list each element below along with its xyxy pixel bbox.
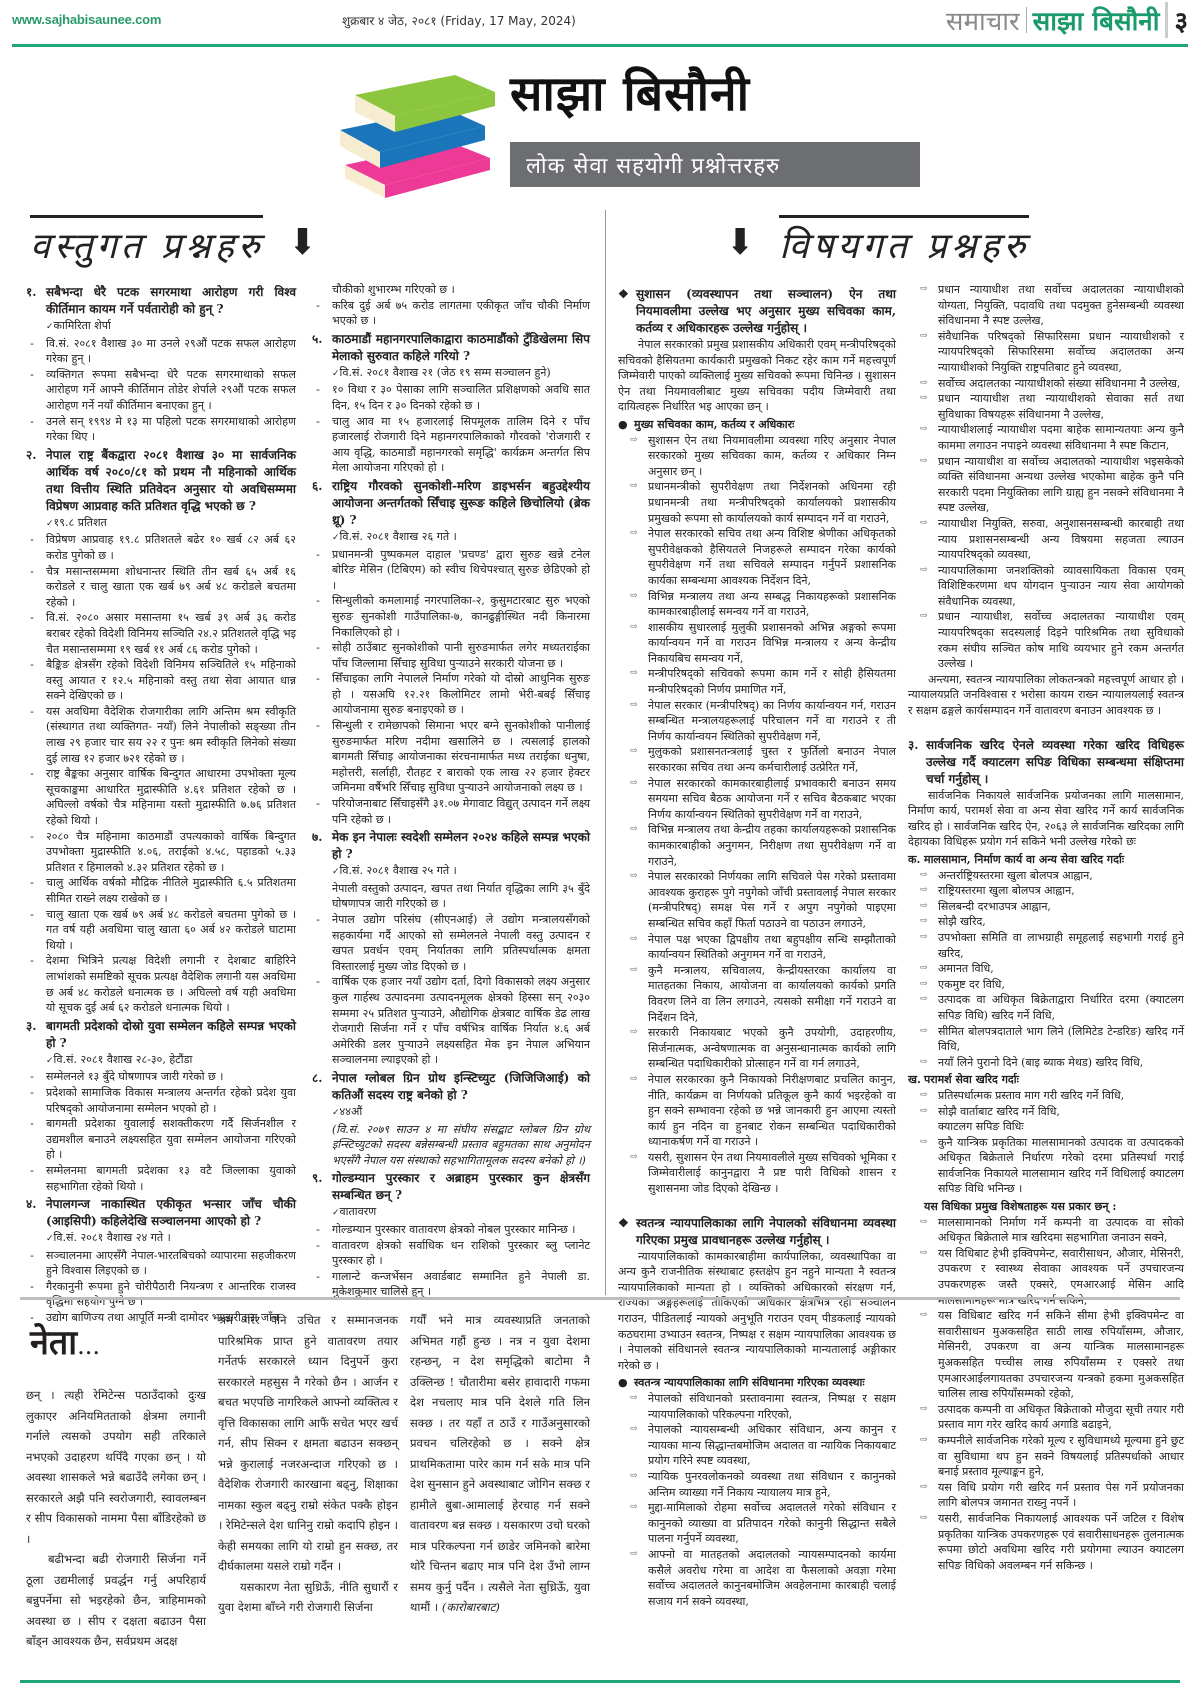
section-category: समाचार <box>946 2 1020 38</box>
dateline: शुक्रबार ४ जेठ, २०८१ (Friday, 17 May, 20… <box>342 12 576 29</box>
arrow-bullet-icon: ⇨ <box>920 992 932 1023</box>
text-line: चौकीको शुभारम्भ गरिएको छ । <box>312 282 590 298</box>
dot-bullet-icon: ● <box>618 417 628 433</box>
arrow-bullet-icon: ⇨ <box>920 1480 932 1511</box>
dash-bullet-icon: - <box>26 657 38 704</box>
point-text: यस अवधिमा वैदेशिक रोजगारीका लागि अन्तिम … <box>46 704 296 766</box>
answer: वि.सं. २०८१ वैशाख २४ गते । <box>26 1230 296 1248</box>
dash-bullet-icon: - <box>312 640 324 671</box>
arrow-point: ⇨नेपाल सरकार (मन्त्रीपरिषद्) का निर्णय क… <box>618 698 896 745</box>
arrow-bullet-icon: ⇨ <box>920 930 932 961</box>
point-text: एकमुष्ट दर विधि, <box>938 977 1005 993</box>
point-text: उपभोक्ता समिति वा लाभग्राही समूहलाई सहभा… <box>938 930 1184 961</box>
arrow-point: ⇨सरकारी निकायबाट भएको कुनै उपयोगी, उदाहर… <box>618 1025 896 1072</box>
subheading-label: क. <box>908 852 918 868</box>
text-line: नेपाली वस्तुको उत्पादन, खपत तथा निर्यात … <box>312 881 590 912</box>
arrow-point: ⇨यसरी, सार्वजनिक निकायलाई आवश्यक पर्ने ज… <box>908 1511 1184 1573</box>
point-text: करिब दुई अर्ब ७५ करोड लागतमा एकीकृत जाँच… <box>332 298 590 329</box>
objective-heading: वस्तुगत प्रश्नहरु ⬇ <box>30 215 318 269</box>
article-paragraph: छन् । त्यही रेमिटेन्स पठाउँदाको दुःख लुक… <box>26 1385 206 1549</box>
bullet-point: -गैरकानुनी रूपमा हुने चोरीपैठारी नियन्त्… <box>26 1279 296 1310</box>
arrow-point: ⇨न्यायिक पुनरवलोकनको व्यवस्था तथा संविधा… <box>618 1469 896 1500</box>
bullet-point: -वातावरण क्षेत्रको सर्वाधिक धन राशिको पु… <box>312 1238 590 1269</box>
bullet-point: -सम्मेलनले १३ बुँदे घोषणापत्र जारी गरेको… <box>26 1069 296 1085</box>
arrow-point: ⇨प्रधानमन्त्रीको सुपरीवेक्षण तथा निर्देश… <box>618 479 896 526</box>
point-text: सोही ठाउँबाट सुनकोशीको पानी सुरुङमार्फत … <box>332 640 590 671</box>
dash-bullet-icon: - <box>312 1222 324 1238</box>
arrow-bullet-icon: ⇨ <box>630 1469 642 1500</box>
subheading: ख.परामर्श सेवा खरिद गर्दाः <box>908 1072 1184 1088</box>
subheading: ●मुख्य सचिवका काम, कर्तव्य र अधिकारः <box>618 417 896 433</box>
point-text: परियोजनाबाट सिँचाइसँगै ३१.०७ मेगावाट विद… <box>332 796 590 827</box>
arrow-bullet-icon: ⇨ <box>630 963 642 1025</box>
arrow-bullet-icon: ⇨ <box>920 1055 932 1071</box>
arrow-bullet-icon: ⇨ <box>630 698 642 745</box>
dash-bullet-icon: - <box>26 564 38 611</box>
arrow-point: ⇨अन्तर्राष्ट्रियस्तरमा खुला बोलपत्र आह्व… <box>908 868 1184 884</box>
answer: कामिरिता शेर्पा <box>26 318 296 336</box>
point-text: शासकीय सुधारलाई मुलुकी प्रशासनको अभिन्न … <box>648 620 896 667</box>
arrow-bullet-icon: ⇨ <box>630 1422 642 1469</box>
diamond-bullet-icon: ❖ <box>618 1215 630 1249</box>
arrow-bullet-icon: ⇨ <box>920 1433 932 1480</box>
site-url-link[interactable]: www.sajhabisaunee.com <box>12 12 161 27</box>
subjective-question: ३.सार्वजनिक खरिद ऐनले व्यवस्था गरेका खरि… <box>908 737 1184 788</box>
arrow-bullet-icon: ⇨ <box>630 822 642 869</box>
question-number: २. <box>26 447 40 515</box>
point-text: यसरी, सुशासन ऐन तथा नियमावलीले मुख्य सचि… <box>648 1150 896 1197</box>
point-text: नेपाल सरकारको कामकारबाहीलाई प्रभावकारी ब… <box>648 776 896 823</box>
arrow-bullet-icon: ⇨ <box>920 609 932 671</box>
paragraph: नेपाल सरकारको प्रमुख प्रशासकीय अधिकारी ए… <box>618 337 896 415</box>
arrow-point: ⇨मालसामानको निर्माण गर्ने कम्पनी वा उत्प… <box>908 1215 1184 1246</box>
arrow-bullet-icon: ⇨ <box>630 526 642 588</box>
bullet-point: -१० विधा र ३० पेसाका लागि सञ्चालित प्रशि… <box>312 382 590 413</box>
subheading-text: क्याटलग सपिङ विधिः <box>908 1119 1184 1135</box>
arrow-point: ⇨कुनै यान्त्रिक प्रकृतिका मालसामानको उत्… <box>908 1135 1184 1197</box>
question: ५.काठमाडौं महानगरपालिकाद्वारा काठमाडौंको… <box>312 331 590 365</box>
point-text: देशमा भित्रिने प्रत्यक्ष विदेशी लगानी र … <box>46 953 296 1015</box>
dash-bullet-icon: - <box>312 382 324 413</box>
bullet-point: -२०८० चैत्र महिनामा काठमाडौं उपत्यकाको व… <box>26 829 296 876</box>
footer-rule <box>20 1680 1180 1683</box>
arrow-point: ⇨सोझै खरिद, <box>908 914 1184 930</box>
question-text: स्वतन्त्र न्यायपालिकाका लागि नेपालको संव… <box>636 1215 896 1249</box>
point-text: बैङ्किङ क्षेत्रसँग रहेको विदेशी विनिमय स… <box>46 657 296 704</box>
dash-bullet-icon: - <box>26 907 38 954</box>
dash-bullet-icon: - <box>312 912 324 974</box>
arrow-point: ⇨अमानत विधि, <box>908 961 1184 977</box>
question: ६.राष्ट्रिय गौरवको सुनकोशी-मरिण डाइभर्सन… <box>312 478 590 529</box>
bullet-point: -व्यक्तिगत रूपमा सबैभन्दा धेरै पटक सगरमा… <box>26 367 296 414</box>
article-paragraph: यसकारण नेता सुध्रिऊँ, नीति सुधारौं र युव… <box>218 1577 398 1618</box>
point-text: नेपाल उद्योग परिसंघ (सीएनआई) ले उद्योग म… <box>332 912 590 974</box>
objective-heading-text: वस्तुगत प्रश्नहरु <box>30 215 263 269</box>
subheading-text: यस विधिका प्रमुख विशेषताहरू यस प्रकार छन… <box>924 1199 1116 1215</box>
point-text: चैत्र मसान्तसम्ममा शोधनान्तर स्थिति तीन … <box>46 564 296 611</box>
arrow-bullet-icon: ⇨ <box>630 1150 642 1197</box>
point-text: राष्ट्र बैङ्कका अनुसार वार्षिक बिन्दुगत … <box>46 766 296 828</box>
bullet-point: -चालु आव मा १५ हजारलाई सिपमूलक तालिम दिन… <box>312 414 590 476</box>
bullet-point: -चालु खाता एक खर्ब ७९ अर्ब ४८ करोडले बचत… <box>26 907 296 954</box>
dash-bullet-icon: - <box>26 1085 38 1116</box>
question: १.सबैभन्दा धेरै पटक सगरमाथा आरोहण गरी वि… <box>26 284 296 318</box>
arrow-bullet-icon: ⇨ <box>630 1391 642 1422</box>
dash-bullet-icon: - <box>26 1248 38 1279</box>
arrow-bullet-icon: ⇨ <box>920 883 932 899</box>
arrow-point: ⇨उत्पादक वा अधिकृत बिक्रेताद्वारा निर्धा… <box>908 992 1184 1023</box>
bullet-point: -नेपाल उद्योग परिसंघ (सीएनआई) ले उद्योग … <box>312 912 590 974</box>
arrow-point: ⇨नेपाल सरकारको कामकारबाहीलाई प्रभावकारी … <box>618 776 896 823</box>
page-number: ३ <box>1165 2 1188 38</box>
question: ९.गोल्डम्यान पुरस्कार र अब्राहम पुरस्कार… <box>312 1170 590 1204</box>
point-text: वि.सं. २०८० असार मसान्तमा १५ खर्ब ३९ अर्… <box>46 610 296 657</box>
arrow-point: ⇨मुलुकको प्रशासनतन्त्रलाई चुस्त र फुर्ति… <box>618 744 896 775</box>
answer: १९.८ प्रतिशत <box>26 515 296 533</box>
arrow-bullet-icon: ⇨ <box>630 1500 642 1547</box>
point-text: वि.सं. २०८१ वैशाख ३० मा उनले २९औं पटक सफ… <box>46 336 296 367</box>
point-text: विभिन्न मन्त्रालय तथा अन्य सम्बद्ध निकाय… <box>648 589 896 620</box>
dash-bullet-icon: - <box>26 336 38 367</box>
point-text: चालु आव मा १५ हजारलाई सिपमूलक तालिम दिने… <box>332 414 590 476</box>
point-text: नेपाल सरकारको सचिव तथा अन्य विशिष्ट श्रे… <box>648 526 896 588</box>
bullet-point: -सम्मेलनमा बागमती प्रदेशका १३ वटै जिल्ला… <box>26 1163 296 1194</box>
masthead-title: साझा बिसौनी <box>510 60 750 125</box>
arrow-point: ⇨नेपाल पक्ष भएका द्विपक्षीय तथा बहुपक्षी… <box>618 932 896 963</box>
spacer <box>618 1197 896 1211</box>
dash-bullet-icon: - <box>312 671 324 718</box>
point-text: सम्मेलनले १३ बुँदे घोषणापत्र जारी गरेको … <box>46 1069 223 1085</box>
bullet-point: -चालु आर्थिक वर्षको मौद्रिक नीतिले मुद्र… <box>26 875 296 906</box>
paragraph: न्यायपालिकाको कामकारबाहीमा कार्यपालिका, … <box>618 1249 896 1374</box>
question-text: नेपाल राष्ट्र बैंकद्वारा २०८१ वैशाख ३० म… <box>46 447 296 515</box>
arrow-bullet-icon: ⇨ <box>920 1215 932 1246</box>
arrow-point: ⇨यसरी, सुशासन ऐन तथा नियमावलीले मुख्य सच… <box>618 1150 896 1197</box>
dash-bullet-icon: - <box>26 704 38 766</box>
point-text: प्रधानमन्त्री पुष्पकमल दाहाल 'प्रचण्ड' द… <box>332 547 590 594</box>
point-text: सिलबन्दी दरभाउपत्र आह्वान, <box>938 899 1051 915</box>
dash-bullet-icon: - <box>312 974 324 1068</box>
arrow-bullet-icon: ⇨ <box>920 1135 932 1197</box>
point-text: न्यायिक पुनरवलोकनको व्यवस्था तथा संविधान… <box>648 1469 896 1500</box>
arrow-bullet-icon: ⇨ <box>920 899 932 915</box>
subheading-text: परामर्श सेवा खरिद गर्दाः <box>924 1072 1019 1088</box>
dash-bullet-icon: - <box>26 1069 38 1085</box>
point-text: प्रधानमन्त्रीको सुपरीवेक्षण तथा निर्देशन… <box>648 479 896 526</box>
subjective-question: ❖स्वतन्त्र न्यायपालिकाका लागि नेपालको सं… <box>618 1215 896 1249</box>
arrow-point: ⇨नेपालको न्यायसम्बन्धी अधिकार संविधान, अ… <box>618 1422 896 1469</box>
point-text: नेपाल पक्ष भएका द्विपक्षीय तथा बहुपक्षीय… <box>648 932 896 963</box>
point-text: न्यायपालिकामा जनशक्तिको व्यावसायिकता विक… <box>938 563 1184 610</box>
bullet-point: -प्रधानमन्त्री पुष्पकमल दाहाल 'प्रचण्ड' … <box>312 547 590 594</box>
arrow-point: ⇨प्रतिस्पर्धात्मक प्रस्ताव माग गरी खरिद … <box>908 1088 1184 1104</box>
point-text: सञ्चालनमा आएसँगै नेपाल-भारतबिचको व्यापार… <box>46 1248 296 1279</box>
point-text: चालु आर्थिक वर्षको मौद्रिक नीतिले मुद्रा… <box>46 875 296 906</box>
point-text: मुलुकको प्रशासनतन्त्रलाई चुस्त र फुर्तिल… <box>648 744 896 775</box>
question-text: सार्वजनिक खरिद ऐनले व्यवस्था गरेका खरिद … <box>926 737 1184 788</box>
dash-bullet-icon: - <box>26 953 38 1015</box>
answer: वि.सं. २०८१ वैशाख २८-३०, हेटौंडा <box>26 1052 296 1070</box>
dash-bullet-icon: - <box>26 1116 38 1163</box>
subjective-column-1: ❖सुशासन (व्यवस्थापन तथा सञ्चालन) ऐन तथा … <box>618 282 896 1609</box>
point-text: चालु खाता एक खर्ब ७९ अर्ब ४८ करोडले बचतम… <box>46 907 296 954</box>
arrow-bullet-icon: ⇨ <box>630 1025 642 1072</box>
dash-bullet-icon: - <box>26 1163 38 1194</box>
bullet-point: -प्रदेशको सामाजिक विकास मन्त्रालय अन्तर्… <box>26 1085 296 1116</box>
question-text: राष्ट्रिय गौरवको सुनकोशी-मरिण डाइभर्सन ब… <box>332 478 590 529</box>
dash-bullet-icon: - <box>26 414 38 445</box>
note-text: (वि.सं. २०७९ साउन ४ मा संघीय संसद्बाट ग्… <box>312 1122 590 1169</box>
bullet-point: -करिब दुई अर्ब ७५ करोड लागतमा एकीकृत जाँ… <box>312 298 590 329</box>
arrow-point: ⇨प्रधान न्यायाधीश वा सर्वोच्च अदालतको न्… <box>908 454 1184 516</box>
article-title-ellipsis: ... <box>77 1332 100 1360</box>
subheading-text: मुख्य सचिवका काम, कर्तव्य र अधिकारः <box>634 417 794 433</box>
arrow-point: ⇨नेपाल सरकारको निर्णयका लागि सचिवले पेस … <box>618 869 896 931</box>
masthead-subtitle: लोक सेवा सहयोगी प्रश्नोत्तरहरु <box>510 142 920 187</box>
point-text: अन्तर्राष्ट्रियस्तरमा खुला बोलपत्र आह्वा… <box>938 868 1093 884</box>
dash-bullet-icon: - <box>26 532 38 563</box>
question-text: मेक इन नेपालः स्वदेशी सम्मेलन २०२४ कहिले… <box>332 829 590 863</box>
point-text: सुशासन ऐन तथा नियमावलीमा व्यवस्था गरिए अ… <box>648 433 896 480</box>
arrow-bullet-icon: ⇨ <box>630 620 642 667</box>
bullet-point: -बागमती प्रदेशका युवालाई सशक्तीकरण गर्दै… <box>26 1116 296 1163</box>
page-header: www.sajhabisaunee.com शुक्रबार ४ जेठ, २०… <box>12 0 1188 40</box>
answer: वि.सं. २०८१ वैशाख २५ गते । <box>312 863 590 881</box>
arrow-point: ⇨यस विधि प्रयोग गरी खरिद गर्न प्रस्ताव प… <box>908 1480 1184 1511</box>
arrow-bullet-icon: ⇨ <box>630 869 642 931</box>
point-text: २०८० चैत्र महिनामा काठमाडौं उपत्यकाको वा… <box>46 829 296 876</box>
objective-column-2: चौकीको शुभारम्भ गरिएको छ ।-करिब दुई अर्ब… <box>312 282 590 1300</box>
divider <box>1026 7 1027 33</box>
point-text: बागमती प्रदेशका युवालाई सशक्तीकरण गर्दै … <box>46 1116 296 1163</box>
section-divider <box>20 1297 1180 1300</box>
point-text: गोल्डम्यान पुरस्कार वातावरण क्षेत्रको नो… <box>332 1222 575 1238</box>
arrow-bullet-icon: ⇨ <box>630 1547 642 1609</box>
bullet-point: -गालान्टे कन्जर्भेसन अवार्डबाट सम्मानित … <box>312 1269 590 1300</box>
arrow-point: ⇨प्रधान न्यायाधीश, सर्वोच्च अदालतका न्या… <box>908 609 1184 671</box>
dash-bullet-icon: - <box>312 547 324 594</box>
arrow-point: ⇨सीमित बोलपत्रदाताले भाग लिने (लिमिटेड ट… <box>908 1024 1184 1055</box>
question: २.नेपाल राष्ट्र बैंकद्वारा २०८१ वैशाख ३०… <box>26 447 296 515</box>
answer: ४४औं <box>312 1104 590 1122</box>
diamond-bullet-icon: ❖ <box>618 286 630 337</box>
bullet-point: -वार्षिक एक हजार नयाँ उद्योग दर्ता, दिगो… <box>312 974 590 1068</box>
dash-bullet-icon: - <box>312 796 324 827</box>
question-number: ६. <box>312 478 326 529</box>
answer: वातावरण <box>312 1204 590 1222</box>
column-divider <box>605 210 606 1295</box>
dash-bullet-icon: - <box>312 298 324 329</box>
bullet-point: -राष्ट्र बैङ्कका अनुसार वार्षिक बिन्दुगत… <box>26 766 296 828</box>
point-text: १० विधा र ३० पेसाका लागि सञ्चालित प्रशिक… <box>332 382 590 413</box>
dash-bullet-icon: - <box>26 766 38 828</box>
point-text: सिन्धुली र रामेछापको सिमाना भएर बग्ने सु… <box>332 718 590 796</box>
dash-bullet-icon: - <box>26 367 38 414</box>
question-number: ८. <box>312 1070 326 1104</box>
point-text: नेपाल सरकार (मन्त्रीपरिषद्) का निर्णय का… <box>648 698 896 745</box>
dash-bullet-icon: - <box>26 829 38 876</box>
article-source: (कारोबारबाट) <box>438 1600 500 1614</box>
question-number: ३. <box>26 1018 40 1052</box>
books-stack-icon <box>330 70 500 200</box>
dash-bullet-icon: - <box>312 414 324 476</box>
masthead: साझा बिसौनी लोक सेवा सहयोगी प्रश्नोत्तरह… <box>330 60 920 220</box>
bullet-point: -बैङ्किङ क्षेत्रसँग रहेको विदेशी विनिमय … <box>26 657 296 704</box>
arrow-bullet-icon: ⇨ <box>920 961 932 977</box>
arrow-point: ⇨न्यायाधीश नियुक्ति, सरुवा, अनुशासनसम्बन… <box>908 516 1184 563</box>
question-number: ९. <box>312 1170 326 1204</box>
arrow-bullet-icon: ⇨ <box>630 433 642 480</box>
point-text: प्रदेशको सामाजिक विकास मन्त्रालय अन्तर्ग… <box>46 1085 296 1116</box>
point-text: सरकारी निकायबाट भएको कुनै उपयोगी, उदाहरण… <box>648 1025 896 1072</box>
point-text: यस विधिबाट खरिद गर्न सकिने सीमा हेभी इक्… <box>938 1308 1184 1402</box>
arrow-point: ⇨सुशासन ऐन तथा नियमावलीमा व्यवस्था गरिए … <box>618 433 896 480</box>
point-text: मालसामानको निर्माण गर्ने कम्पनी वा उत्पा… <box>938 1215 1184 1246</box>
article-paragraph: श्रम गरेर पनि उचित र सम्मानजनक पारिश्रमि… <box>218 1310 398 1577</box>
arrow-point: ⇨विभिन्न मन्त्रालय तथा अन्य सम्बद्ध निका… <box>618 589 896 620</box>
subheading: क.मालसामान, निर्माण कार्य वा अन्य सेवा ख… <box>908 852 1184 868</box>
arrow-point: ⇨विभिन्न मन्त्रालय तथा केन्द्रीय तहका का… <box>618 822 896 869</box>
arrow-bullet-icon: ⇨ <box>920 422 932 453</box>
point-text: प्रधान न्यायाधीश तथा न्यायाधीशको सेवाका … <box>938 391 1184 422</box>
arrow-point: ⇨सिलबन्दी दरभाउपत्र आह्वान, <box>908 899 1184 915</box>
arrow-point: ⇨संवैधानिक परिषद्को सिफारिसमा प्रधान न्य… <box>908 329 1184 376</box>
arrow-point: ⇨सोझै वार्ताबाट खरिद गर्ने विधि, <box>908 1104 1184 1120</box>
arrow-point: ⇨नेपालको संविधानको प्रस्तावनामा स्वतन्त्… <box>618 1391 896 1422</box>
point-text: सोझै वार्ताबाट खरिद गर्ने विधि, <box>938 1104 1060 1120</box>
point-text: व्यक्तिगत रूपमा सबैभन्दा धेरै पटक सगरमाथ… <box>46 367 296 414</box>
point-text: नेपालको न्यायसम्बन्धी अधिकार संविधान, अन… <box>648 1422 896 1469</box>
point-text: सीमित बोलपत्रदाताले भाग लिने (लिमिटेड टे… <box>938 1024 1184 1055</box>
bullet-point: -गोल्डम्यान पुरस्कार वातावरण क्षेत्रको न… <box>312 1222 590 1238</box>
objective-column-1: १.सबैभन्दा धेरै पटक सगरमाथा आरोहण गरी वि… <box>26 282 296 1326</box>
question-text: काठमाडौं महानगरपालिकाद्वारा काठमाडौंको ट… <box>332 331 590 365</box>
bullet-point: -सिन्धुलीको कमलामाई नगरपालिका-२, कुसुमटा… <box>312 593 590 640</box>
arrow-bullet-icon: ⇨ <box>920 977 932 993</box>
question-number: ५. <box>312 331 326 365</box>
arrow-point: ⇨शासकीय सुधारलाई मुलुकी प्रशासनको अभिन्न… <box>618 620 896 667</box>
point-text: मन्त्रीपरिषद्को सचिवको रूपमा काम गर्ने र… <box>648 666 896 697</box>
arrow-bullet-icon: ⇨ <box>920 563 932 610</box>
arrow-bullet-icon: ⇨ <box>920 516 932 563</box>
arrow-bullet-icon: ⇨ <box>920 282 932 329</box>
point-text: मुद्दा-मामिलाको रोहमा सर्वोच्च अदालतले ग… <box>648 1500 896 1547</box>
arrow-bullet-icon: ⇨ <box>920 376 932 392</box>
bullet-point: -उनले सन् १९९४ मे १३ मा पहिलो पटक सगरमाथ… <box>26 414 296 445</box>
point-text: प्रतिस्पर्धात्मक प्रस्ताव माग गरी खरिद ग… <box>938 1088 1124 1104</box>
point-text: न्यायाधीश नियुक्ति, सरुवा, अनुशासनसम्बन्… <box>938 516 1184 563</box>
point-text: विभिन्न मन्त्रालय तथा केन्द्रीय तहका कार… <box>648 822 896 869</box>
dash-bullet-icon: - <box>312 718 324 796</box>
point-text: प्रधान न्यायाधीश वा सर्वोच्च अदालतको न्य… <box>938 454 1184 516</box>
subheading-label: ख. <box>908 1072 918 1088</box>
point-text: कुनै यान्त्रिक प्रकृतिका मालसामानको उत्प… <box>938 1135 1184 1197</box>
question: ३.बागमती प्रदेशको दोस्रो युवा सम्मेलन कह… <box>26 1018 296 1052</box>
point-text: यसरी, सार्वजनिक निकायलाई आवश्यक पर्ने जट… <box>938 1511 1184 1573</box>
arrow-point: ⇨एकमुष्ट दर विधि, <box>908 977 1184 993</box>
question-text: बागमती प्रदेशको दोस्रो युवा सम्मेलन कहिल… <box>46 1018 296 1052</box>
dash-bullet-icon: - <box>312 593 324 640</box>
bullet-point: -सिँचाइका लागि नेपालले निर्माण गरेको यो … <box>312 671 590 718</box>
arrow-point: ⇨आफ्नो वा मातहतको अदालतको न्यायसम्पादनको… <box>618 1547 896 1609</box>
question: ८.नेपाल ग्लोबल ग्रिन ग्रोथ इन्स्टिच्युट … <box>312 1070 590 1104</box>
bullet-point: -चैत्र मसान्तसम्ममा शोधनान्तर स्थिति तीन… <box>26 564 296 611</box>
question: ७.मेक इन नेपालः स्वदेशी सम्मेलन २०२४ कहि… <box>312 829 590 863</box>
point-text: गैरकानुनी रूपमा हुने चोरीपैठारी नियन्त्र… <box>46 1279 296 1310</box>
arrow-point: ⇨नयाँ लिने पुरानो दिने (बाइ ब्याक मेथड) … <box>908 1055 1184 1071</box>
question-number: १. <box>26 284 40 318</box>
arrow-bullet-icon: ⇨ <box>920 391 932 422</box>
bullet-point: -वि.सं. २०८० असार मसान्तमा १५ खर्ब ३९ अर… <box>26 610 296 657</box>
arrow-point: ⇨मुद्दा-मामिलाको रोहमा सर्वोच्च अदालतले … <box>618 1500 896 1547</box>
arrow-point: ⇨कुनै मन्त्रालय, सचिवालय, केन्द्रीयस्तरक… <box>618 963 896 1025</box>
subheading: यस विधिका प्रमुख विशेषताहरू यस प्रकार छन… <box>908 1199 1184 1215</box>
article-column-3: गर्यौं भने मात्र व्यवस्थाप्रति जनताको अभ… <box>410 1310 590 1618</box>
arrow-point: ⇨न्यायाधीशलाई न्यायाधीश पदमा बाहेक सामान… <box>908 422 1184 453</box>
arrow-point: ⇨मन्त्रीपरिषद्को सचिवको रूपमा काम गर्ने … <box>618 666 896 697</box>
point-text: प्रधान न्यायाधीश तथा सर्वोच्च अदालतका न्… <box>938 282 1184 329</box>
subjective-question: ❖सुशासन (व्यवस्थापन तथा सञ्चालन) ऐन तथा … <box>618 286 896 337</box>
article-column-1: छन् । त्यही रेमिटेन्स पठाउँदाको दुःख लुक… <box>26 1385 206 1652</box>
arrow-point: ⇨नेपाल सरकारको सचिव तथा अन्य विशिष्ट श्र… <box>618 526 896 588</box>
arrow-point: ⇨राष्ट्रियस्तरमा खुला बोलपत्र आह्वान, <box>908 883 1184 899</box>
article-paragraph: गर्यौं भने मात्र व्यवस्थाप्रति जनताको अभ… <box>410 1310 590 1618</box>
arrow-point: ⇨यस विधिबाट खरिद गर्न सकिने सीमा हेभी इक… <box>908 1308 1184 1402</box>
bullet-point: -देशमा भित्रिने प्रत्यक्ष विदेशी लगानी र… <box>26 953 296 1015</box>
arrow-point: ⇨उत्पादक कम्पनी वा अधिकृत बिक्रेताको मौज… <box>908 1402 1184 1433</box>
point-text: सम्मेलनमा बागमती प्रदेशका १३ वटै जिल्लाक… <box>46 1163 296 1194</box>
section-name: साझा बिसौनी <box>1033 2 1160 38</box>
article-title: नेता... <box>30 1318 100 1364</box>
point-text: सिँचाइका लागि नेपालले निर्माण गरेको यो द… <box>332 671 590 718</box>
question-text: नेपाल ग्लोबल ग्रिन ग्रोथ इन्स्टिच्युट (ज… <box>332 1070 590 1104</box>
arrow-bullet-icon: ⇨ <box>920 1024 932 1055</box>
bullet-point: -सिन्धुली र रामेछापको सिमाना भएर बग्ने स… <box>312 718 590 796</box>
arrow-bullet-icon: ⇨ <box>630 1072 642 1150</box>
dash-bullet-icon: - <box>312 1269 324 1300</box>
point-text: नेपाल सरकारको निर्णयका लागि सचिवले पेस ग… <box>648 869 896 931</box>
arrow-point: ⇨उपभोक्ता समिति वा लाभग्राही समूहलाई सहभ… <box>908 930 1184 961</box>
answer: वि.सं. २०८१ वैशाख २६ गते । <box>312 529 590 547</box>
point-text: उनले सन् १९९४ मे १३ मा पहिलो पटक सगरमाथा… <box>46 414 296 445</box>
arrow-bullet-icon: ⇨ <box>920 454 932 516</box>
point-text: न्यायाधीशलाई न्यायाधीश पदमा बाहेक सामान्… <box>938 422 1184 453</box>
arrow-bullet-icon: ⇨ <box>920 1402 932 1433</box>
dash-bullet-icon: - <box>26 1279 38 1310</box>
spacer <box>908 719 1184 733</box>
point-text: उत्पादक कम्पनी वा अधिकृत बिक्रेताको मौजु… <box>938 1402 1184 1433</box>
dash-bullet-icon: - <box>26 610 38 657</box>
point-text: नेपाल सरकारका कुनै निकायको निरीक्षणबाट प… <box>648 1072 896 1150</box>
question-text: गोल्डम्यान पुरस्कार र अब्राहम पुरस्कार क… <box>332 1170 590 1204</box>
dash-bullet-icon: - <box>26 875 38 906</box>
arrow-bullet-icon: ⇨ <box>630 932 642 963</box>
arrow-point: ⇨प्रधान न्यायाधीश तथा सर्वोच्च अदालतका न… <box>908 282 1184 329</box>
question-text: सुशासन (व्यवस्थापन तथा सञ्चालन) ऐन तथा न… <box>636 286 896 337</box>
question-number: ४. <box>26 1196 40 1230</box>
bullet-point: -विप्रेषण आप्रवाह १९.८ प्रतिशतले बढेर १०… <box>26 532 296 563</box>
article-paragraph: बढीभन्दा बढी रोजगारी सिर्जना गर्ने ठूला … <box>26 1549 206 1652</box>
point-text: उत्पादक वा अधिकृत बिक्रेताद्वारा निर्धार… <box>938 992 1184 1023</box>
point-text: गालान्टे कन्जर्भेसन अवार्डबाट सम्मानित ह… <box>332 1269 590 1300</box>
arrow-bullet-icon: ⇨ <box>630 776 642 823</box>
arrow-bullet-icon: ⇨ <box>920 1088 932 1104</box>
arrow-bullet-icon: ⇨ <box>630 744 642 775</box>
arrow-bullet-icon: ⇨ <box>920 329 932 376</box>
point-text: वार्षिक एक हजार नयाँ उद्योग दर्ता, दिगो … <box>332 974 590 1068</box>
section-label: समाचार साझा बिसौनी ३ <box>946 2 1188 38</box>
arrow-bullet-icon: ⇨ <box>630 479 642 526</box>
